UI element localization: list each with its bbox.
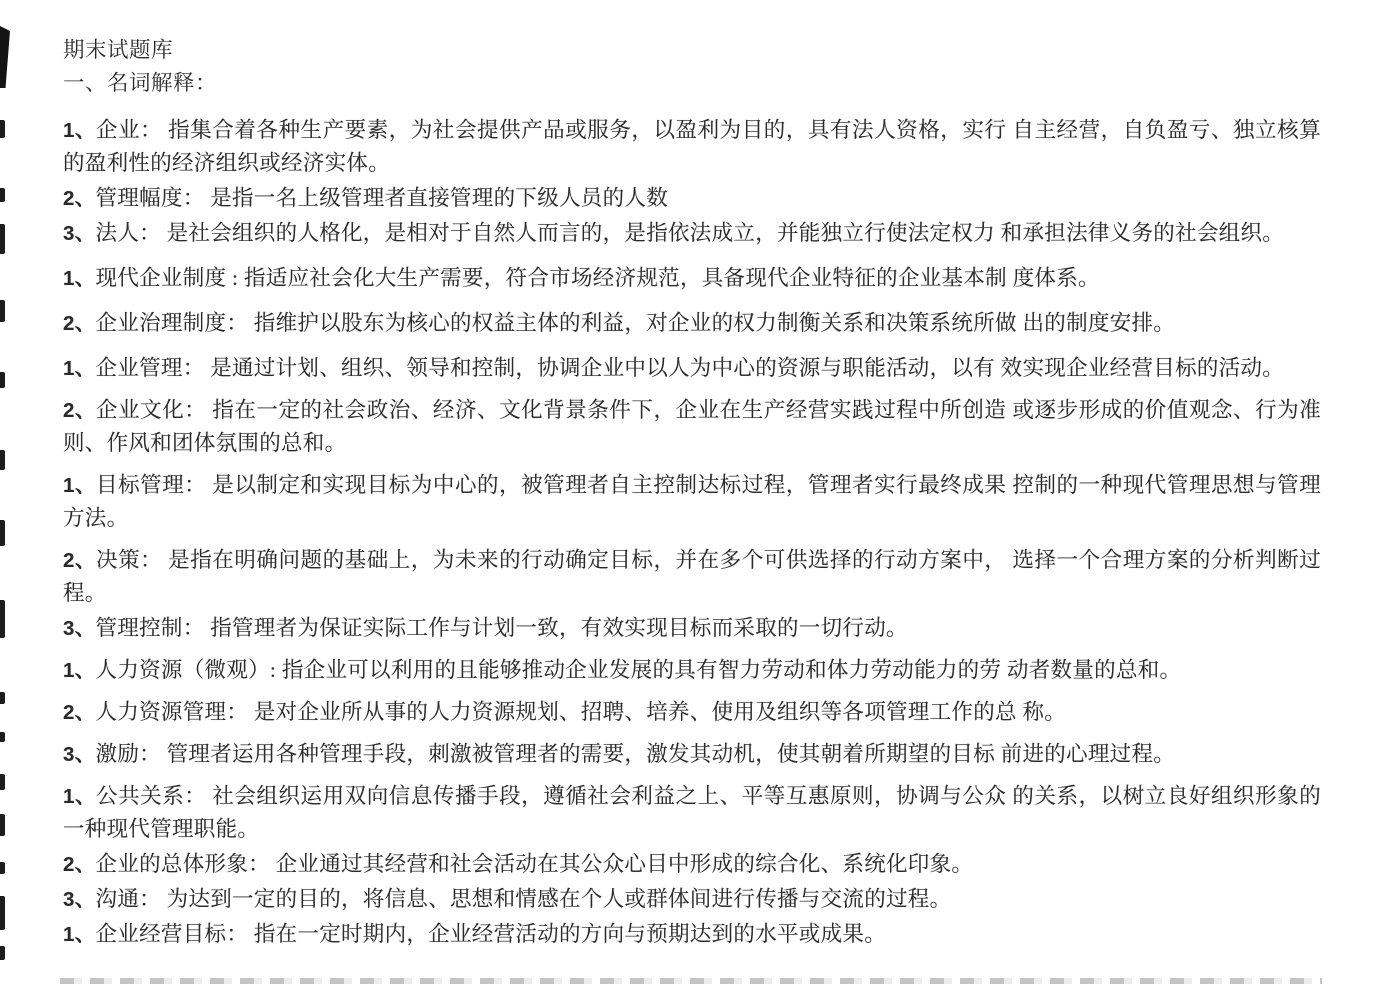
definition-item: 1、公共关系： 社会组织运用双向信息传播手段，遵循社会利益之上、平等互惠原则，协… — [63, 780, 1321, 846]
item-text: 激励： 管理者运用各种管理手段，刺激被管理者的需要，激发其动机，使其朝着所期望的… — [96, 742, 1176, 766]
scan-artifact-left-edge — [0, 896, 5, 930]
item-text: 决策： 是指在明确问题的基础上，为未来的行动确定目标，并在多个可供选择的行动方案… — [63, 548, 1321, 605]
item-number: 2、 — [63, 399, 96, 422]
item-text: 法人： 是社会组织的人格化，是相对于自然人而言的，是指依法成立，并能独立行使法定… — [96, 221, 1285, 245]
item-text: 企业经营目标： 指在一定时期内，企业经营活动的方向与预期达到的水平或成果。 — [96, 922, 886, 946]
definition-item: 1、人力资源（微观）: 指企业可以利用的且能够推动企业发展的具有智力劳动和体力劳… — [63, 654, 1321, 687]
definition-item: 2、人力资源管理： 是对企业所从事的人力资源规划、招聘、培养、使用及组织等各项管… — [63, 696, 1321, 729]
scan-artifact-bottom-cutoff — [60, 978, 1322, 984]
item-text: 企业的总体形象： 企业通过其经营和社会活动在其公众心目中形成的综合化、系统化印象… — [96, 852, 974, 876]
scan-artifact-corner — [0, 26, 10, 88]
scan-artifact-left-edge — [0, 692, 5, 704]
definition-item: 3、激励： 管理者运用各种管理手段，刺激被管理者的需要，激发其动机，使其朝着所期… — [63, 738, 1321, 771]
item-number: 1、 — [63, 474, 96, 497]
item-number: 1、 — [63, 267, 96, 290]
scan-artifact-left-edge — [0, 732, 5, 742]
scan-artifact-left-edge — [0, 188, 5, 202]
definition-item: 1、企业管理： 是通过计划、组织、领导和控制，协调企业中以人为中心的资源与职能活… — [63, 352, 1321, 385]
item-text: 企业治理制度： 指维护以股东为核心的权益主体的利益，对企业的权力制衡关系和决策系… — [96, 311, 1176, 335]
item-text: 现代企业制度 : 指适应社会化大生产需要，符合市场经济规范，具备现代企业特征的企… — [96, 266, 1100, 290]
scan-artifact-left-edge — [0, 372, 5, 388]
item-text: 管理控制： 指管理者为保证实际工作与计划一致，有效实现目标而采取的一切行动。 — [96, 616, 908, 640]
item-text: 沟通： 为达到一定的目的，将信息、思想和情感在个人或群体间进行传播与交流的过程。 — [96, 887, 952, 911]
scan-artifact-left-edge — [0, 862, 5, 874]
item-text: 企业管理： 是通过计划、组织、领导和控制，协调企业中以人为中心的资源与职能活动，… — [96, 356, 1285, 380]
item-number: 2、 — [63, 549, 96, 572]
definition-item: 2、企业文化： 指在一定的社会政治、经济、文化背景条件下，企业在生产经营实践过程… — [63, 394, 1321, 460]
item-number: 3、 — [63, 743, 96, 766]
item-number: 1、 — [63, 923, 96, 946]
scan-artifact-left-edge — [0, 774, 5, 790]
item-number: 1、 — [63, 659, 96, 682]
item-number: 2、 — [63, 853, 96, 876]
scan-artifact-left-edge — [0, 814, 5, 836]
item-number: 2、 — [63, 187, 96, 210]
item-number: 3、 — [63, 617, 96, 640]
document-content: 期末试题库 一、名词解释： 1、企业： 指集合着各种生产要素，为社会提供产品或服… — [63, 34, 1321, 953]
scan-artifact-left-edge — [0, 224, 5, 254]
item-number: 2、 — [63, 312, 96, 335]
definition-item: 1、企业： 指集合着各种生产要素，为社会提供产品或服务，以盈利为目的，具有法人资… — [63, 114, 1321, 180]
scan-artifact-left-edge — [0, 450, 5, 470]
definition-item: 3、沟通： 为达到一定的目的，将信息、思想和情感在个人或群体间进行传播与交流的过… — [63, 883, 1321, 916]
scan-artifact-left-edge — [0, 520, 5, 546]
definition-item: 2、企业治理制度： 指维护以股东为核心的权益主体的利益，对企业的权力制衡关系和决… — [63, 307, 1321, 340]
item-number: 1、 — [63, 119, 96, 142]
item-number: 3、 — [63, 222, 96, 245]
scan-artifact-left-edge — [0, 600, 5, 638]
scan-artifact-left-edge — [0, 300, 5, 322]
scan-artifact-left-edge — [0, 120, 5, 138]
definition-item: 2、企业的总体形象： 企业通过其经营和社会活动在其公众心目中形成的综合化、系统化… — [63, 848, 1321, 881]
item-number: 1、 — [63, 357, 96, 380]
definition-item: 1、现代企业制度 : 指适应社会化大生产需要，符合市场经济规范，具备现代企业特征… — [63, 262, 1321, 295]
item-text: 管理幅度： 是指一名上级管理者直接管理的下级人员的人数 — [96, 186, 668, 210]
definition-list: 1、企业： 指集合着各种生产要素，为社会提供产品或服务，以盈利为目的，具有法人资… — [63, 114, 1321, 951]
definition-item: 1、目标管理： 是以制定和实现目标为中心的，被管理者自主控制达标过程，管理者实行… — [63, 469, 1321, 535]
definition-item: 3、法人： 是社会组织的人格化，是相对于自然人而言的，是指依法成立，并能独立行使… — [63, 217, 1321, 250]
item-text: 企业文化： 指在一定的社会政治、经济、文化背景条件下，企业在生产经营实践过程中所… — [63, 398, 1321, 455]
item-text: 人力资源管理： 是对企业所从事的人力资源规划、招聘、培养、使用及组织等各项管理工… — [96, 700, 1067, 724]
item-number: 1、 — [63, 785, 96, 808]
item-text: 人力资源（微观）: 指企业可以利用的且能够推动企业发展的具有智力劳动和体力劳动能… — [96, 658, 1182, 682]
section-heading: 一、名词解释： — [63, 67, 1321, 100]
scanned-document-page: 期末试题库 一、名词解释： 1、企业： 指集合着各种生产要素，为社会提供产品或服… — [0, 0, 1380, 984]
definition-item: 2、管理幅度： 是指一名上级管理者直接管理的下级人员的人数 — [63, 182, 1321, 215]
definition-item: 3、管理控制： 指管理者为保证实际工作与计划一致，有效实现目标而采取的一切行动。 — [63, 612, 1321, 645]
item-text: 公共关系： 社会组织运用双向信息传播手段，遵循社会利益之上、平等互惠原则，协调与… — [63, 784, 1321, 841]
item-number: 3、 — [63, 888, 96, 911]
item-text: 企业： 指集合着各种生产要素，为社会提供产品或服务，以盈利为目的，具有法人资格，… — [63, 118, 1321, 175]
definition-item: 1、企业经营目标： 指在一定时期内，企业经营活动的方向与预期达到的水平或成果。 — [63, 918, 1321, 951]
definition-item: 2、决策： 是指在明确问题的基础上，为未来的行动确定目标，并在多个可供选择的行动… — [63, 544, 1321, 610]
document-title: 期末试题库 — [63, 34, 1321, 67]
item-number: 2、 — [63, 701, 96, 724]
item-text: 目标管理： 是以制定和实现目标为中心的，被管理者自主控制达标过程，管理者实行最终… — [63, 473, 1321, 530]
scan-artifact-left-edge — [0, 946, 5, 960]
